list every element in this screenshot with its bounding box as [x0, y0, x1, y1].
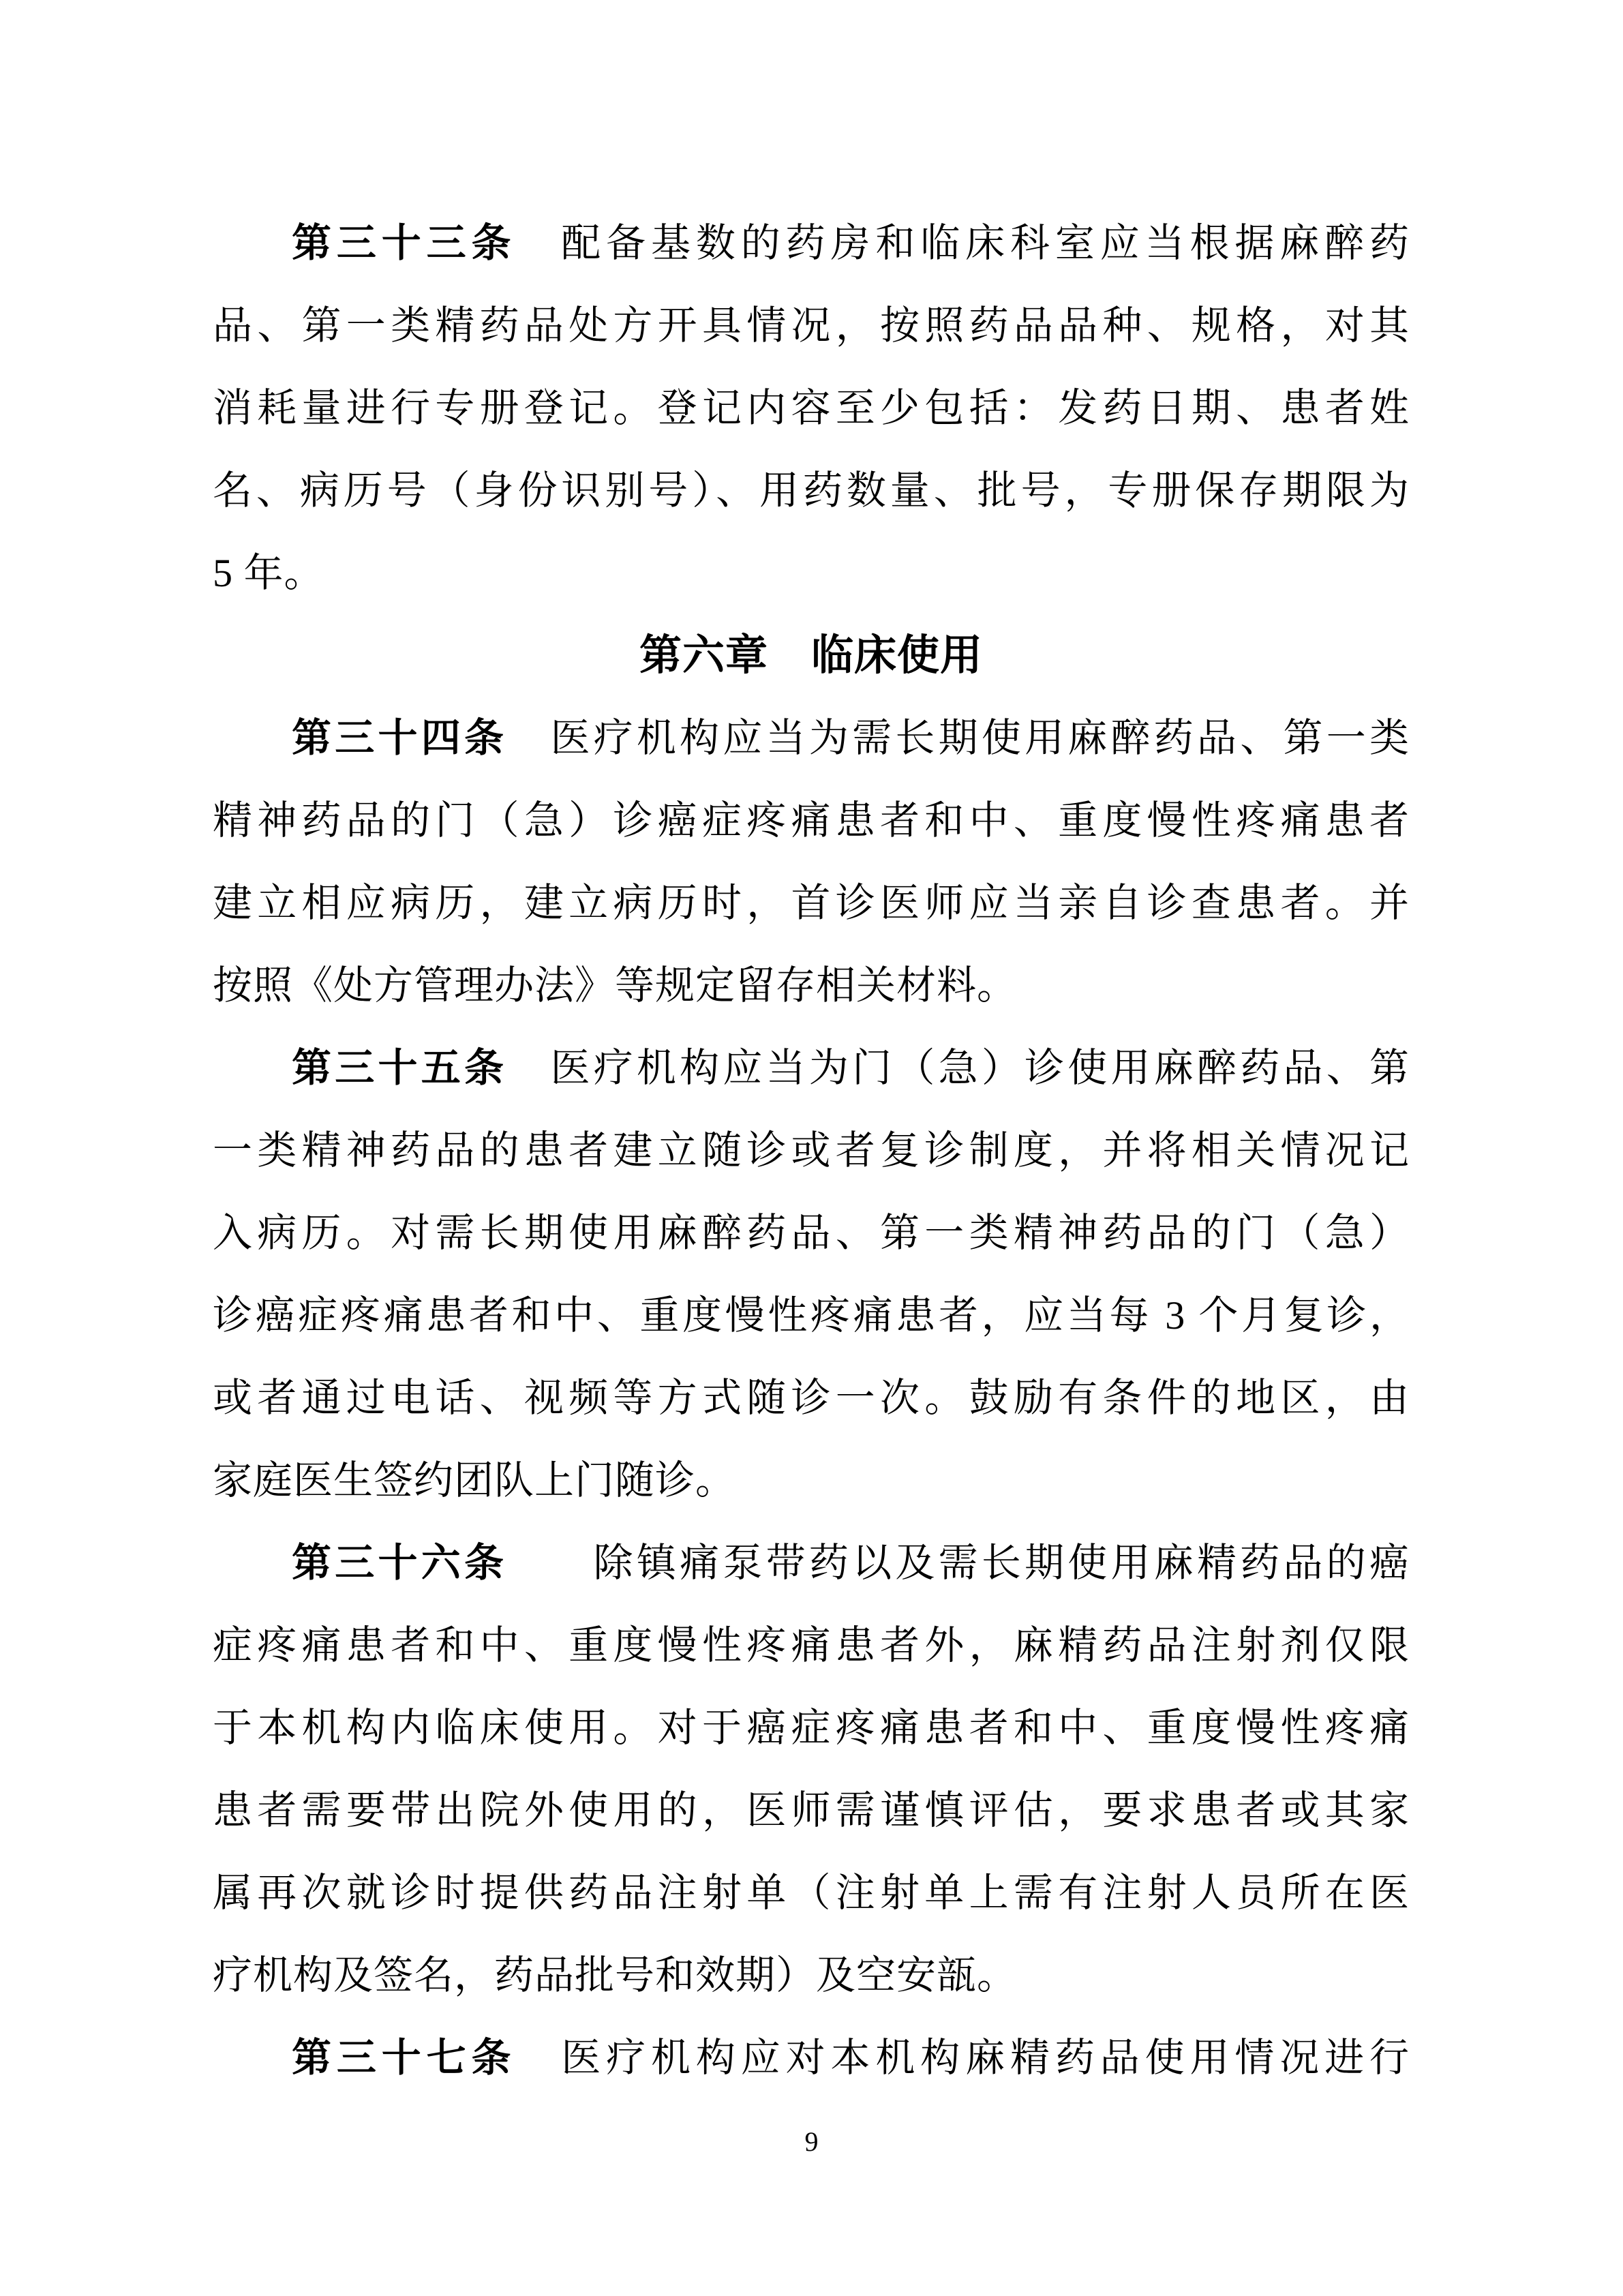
document-line: 一类精神药品的患者建立随诊或者复诊制度，并将相关情况记 [213, 1109, 1410, 1192]
article-number: 第三十七条 [292, 2036, 516, 2080]
text-run: 疗机构及签名，药品批号和效期）及空安瓿。 [213, 1953, 1017, 1997]
text-run: 于本机构内临床使用。对于癌症疼痛患者和中、重度慢性疼痛 [213, 1706, 1410, 1750]
document-line: 疗机构及签名，药品批号和效期）及空安瓿。 [213, 1934, 1410, 2016]
document-line: 症疼痛患者和中、重度慢性疼痛患者外，麻精药品注射剂仅限 [213, 1604, 1410, 1687]
article-number: 第六章 临床使用 [639, 632, 983, 679]
document-line: 名、病历号（身份识别号）、用药数量、批号，专册保存期限为 [213, 449, 1410, 532]
document-line: 第三十四条 医疗机构应当为需长期使用麻醉药品、第一类 [213, 697, 1410, 779]
text-run: 医疗机构应对本机构麻精药品使用情况进行 [516, 2036, 1410, 2080]
document-line: 5 年。 [213, 532, 1410, 614]
text-run: 入病历。对需长期使用麻醉药品、第一类精神药品的门（急） [213, 1211, 1410, 1255]
document-line: 建立相应病历，建立病历时，首诊医师应当亲自诊查患者。并 [213, 862, 1410, 944]
text-run: 按照《处方管理办法》等规定留存相关材料。 [213, 963, 1017, 1008]
text-run: 除镇痛泵带药以及需长期使用麻精药品的癌 [507, 1541, 1410, 1585]
text-run: 或者通过电话、视频等方式随诊一次。鼓励有条件的地区，由 [213, 1376, 1410, 1420]
document-line: 第三十六条 除镇痛泵带药以及需长期使用麻精药品的癌 [213, 1522, 1410, 1604]
article-number: 第三十四条 [292, 716, 507, 760]
document-line: 第三十七条 医疗机构应对本机构麻精药品使用情况进行 [213, 2016, 1410, 2099]
document-line: 属再次就诊时提供药品注射单（注射单上需有注射人员所在医 [213, 1852, 1410, 1934]
text-run: 5 年。 [213, 551, 324, 595]
document-page: 第三十三条 配备基数的药房和临床科室应当根据麻醉药品、第一类精药品处方开具情况，… [0, 0, 1623, 2296]
text-run: 属再次就诊时提供药品注射单（注射单上需有注射人员所在医 [213, 1871, 1410, 1915]
document-line: 家庭医生签约团队上门随诊。 [213, 1439, 1410, 1522]
document-line: 品、第一类精药品处方开具情况，按照药品品种、规格，对其 [213, 284, 1410, 367]
document-line: 患者需要带出院外使用的，医师需谨慎评估，要求患者或其家 [213, 1769, 1410, 1852]
text-run: 诊癌症疼痛患者和中、重度慢性疼痛患者，应当每 3 个月复诊， [213, 1293, 1410, 1338]
text-run: 一类精神药品的患者建立随诊或者复诊制度，并将相关情况记 [213, 1128, 1410, 1173]
document-line: 或者通过电话、视频等方式随诊一次。鼓励有条件的地区，由 [213, 1357, 1410, 1439]
document-line: 诊癌症疼痛患者和中、重度慢性疼痛患者，应当每 3 个月复诊， [213, 1274, 1410, 1357]
article-number: 第三十六条 [292, 1541, 507, 1585]
text-run: 症疼痛患者和中、重度慢性疼痛患者外，麻精药品注射剂仅限 [213, 1623, 1410, 1667]
document-line: 第三十五条 医疗机构应当为门（急）诊使用麻醉药品、第 [213, 1027, 1410, 1109]
text-run: 配备基数的药房和临床科室应当根据麻醉药 [516, 221, 1410, 265]
page-number: 9 [0, 2121, 1623, 2162]
document-line: 消耗量进行专册登记。登记内容至少包括：发药日期、患者姓 [213, 367, 1410, 449]
document-line: 第三十三条 配备基数的药房和临床科室应当根据麻醉药 [213, 202, 1410, 284]
text-run: 患者需要带出院外使用的，医师需谨慎评估，要求患者或其家 [213, 1788, 1410, 1832]
text-run: 医疗机构应当为门（急）诊使用麻醉药品、第 [507, 1046, 1410, 1090]
text-run: 消耗量进行专册登记。登记内容至少包括：发药日期、患者姓 [213, 386, 1410, 430]
document-line: 精神药品的门（急）诊癌症疼痛患者和中、重度慢性疼痛患者 [213, 779, 1410, 862]
article-number: 第三十三条 [292, 221, 516, 265]
document-line: 于本机构内临床使用。对于癌症疼痛患者和中、重度慢性疼痛 [213, 1687, 1410, 1769]
text-run: 建立相应病历，建立病历时，首诊医师应当亲自诊查患者。并 [213, 881, 1410, 925]
text-run: 名、病历号（身份识别号）、用药数量、批号，专册保存期限为 [213, 468, 1410, 513]
text-run: 医疗机构应当为需长期使用麻醉药品、第一类 [507, 716, 1410, 760]
text-run: 精神药品的门（急）诊癌症疼痛患者和中、重度慢性疼痛患者 [213, 798, 1410, 843]
text-run: 品、第一类精药品处方开具情况，按照药品品种、规格，对其 [213, 303, 1410, 348]
article-number: 第三十五条 [292, 1046, 507, 1090]
text-run: 家庭医生签约团队上门随诊。 [213, 1458, 735, 1502]
chapter-heading: 第六章 临床使用 [213, 614, 1410, 697]
document-line: 按照《处方管理办法》等规定留存相关材料。 [213, 944, 1410, 1027]
document-line: 入病历。对需长期使用麻醉药品、第一类精神药品的门（急） [213, 1192, 1410, 1274]
document-text: 第三十三条 配备基数的药房和临床科室应当根据麻醉药品、第一类精药品处方开具情况，… [213, 202, 1410, 2099]
